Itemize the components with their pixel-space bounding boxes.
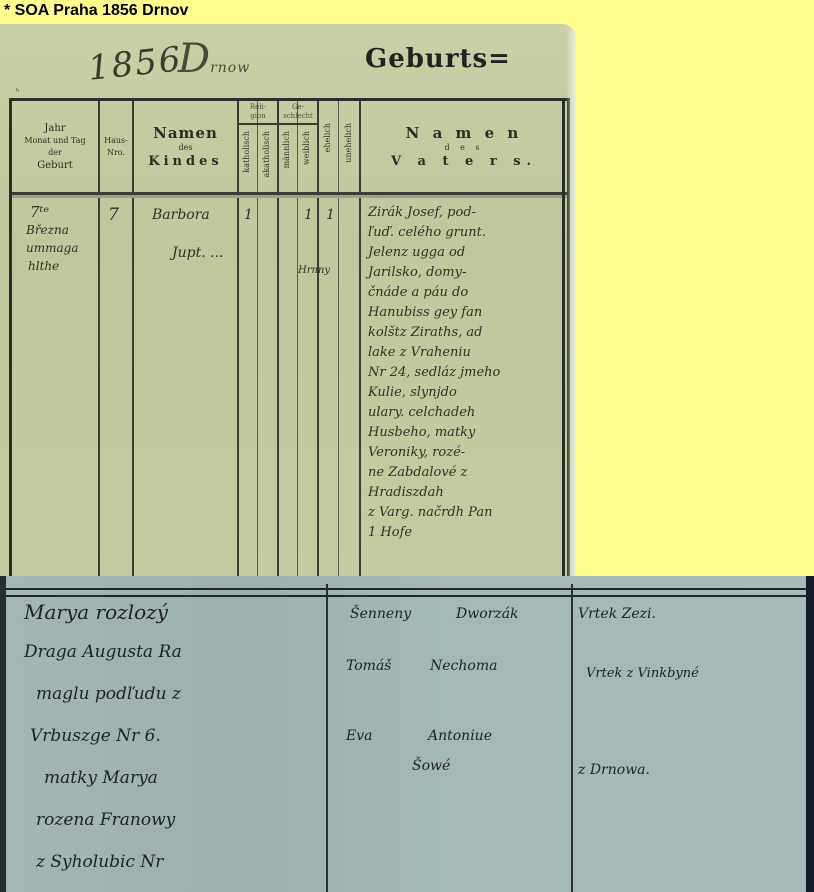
header-legitimate: ehelich bbox=[323, 123, 332, 152]
header-date-l4: Geburt bbox=[37, 159, 73, 172]
father-line: Veroniky, rozé- bbox=[368, 445, 465, 460]
header-acatholic: akatholisch bbox=[262, 131, 271, 177]
register-page-bottom: Marya rozlozý Draga Augusta Ra maglu pod… bbox=[0, 576, 814, 892]
table-right-border bbox=[562, 98, 565, 576]
date-line: ummaga bbox=[26, 241, 78, 255]
father-line: Jarilsko, domy- bbox=[368, 265, 466, 280]
header-illegitimate: unehelich bbox=[344, 123, 353, 163]
header-child-l3: Kindes bbox=[148, 154, 222, 169]
place-initial: D bbox=[178, 36, 210, 82]
father-line: Zirák Josef, pod- bbox=[368, 205, 476, 220]
date-line: Března bbox=[26, 223, 69, 237]
mother-line: matky Marya bbox=[44, 768, 158, 788]
header-catholic: katholisch bbox=[242, 131, 251, 173]
header-date-l3: der bbox=[48, 147, 62, 159]
header-father-l1: N a m e n bbox=[406, 124, 523, 142]
father-line: Husbeho, matky bbox=[368, 425, 475, 440]
godparent-line: Eva bbox=[346, 728, 372, 744]
midwife-line: z Drnowa. bbox=[578, 762, 650, 778]
header-religion-group: Reli- gion bbox=[239, 103, 277, 121]
father-line: Nr 24, sedláz jmeho bbox=[368, 365, 500, 380]
father-line: Jelenz ugga od bbox=[368, 245, 465, 260]
entry-catholic-mark: 1 bbox=[244, 207, 253, 223]
mother-line: rozena Franowy bbox=[36, 810, 175, 830]
godparent-line: Antoniue bbox=[428, 728, 492, 744]
entry-female-mark: 1 bbox=[304, 207, 313, 223]
father-line: ľuď. celého grunt. bbox=[368, 225, 486, 240]
header-date-l1: Jahr bbox=[44, 122, 65, 135]
handwritten-place: Drnow bbox=[178, 36, 250, 82]
date-line: hlthe bbox=[28, 259, 59, 273]
mother-line: Vrbuszge Nr 6. bbox=[30, 726, 161, 746]
table-header-row: Jahr Monat und Tag der Geburt Haus- Nro.… bbox=[12, 101, 567, 195]
header-house-l1: Haus- bbox=[104, 135, 128, 147]
father-line: čnáde a páu do bbox=[368, 285, 468, 300]
sex-l1: Ge- bbox=[279, 103, 317, 112]
father-line: lake z Vraheniu bbox=[368, 345, 471, 360]
godparent-line: Šowé bbox=[412, 758, 450, 774]
column-divider bbox=[571, 584, 573, 892]
register-title: Geburts= bbox=[365, 44, 511, 74]
table-top-border bbox=[6, 588, 806, 597]
father-line: Kulie, slynjdo bbox=[368, 385, 457, 400]
entry-house-number: 7 bbox=[108, 205, 119, 225]
father-line: 1 Hofe bbox=[368, 525, 412, 540]
godparent-line: Šenneny bbox=[350, 606, 411, 622]
godparent-line: Nechoma bbox=[430, 658, 497, 674]
father-line: z Varg. načrdh Pan bbox=[368, 505, 492, 520]
father-line: ne Zabdalové z bbox=[368, 465, 467, 480]
column-divider bbox=[326, 584, 328, 892]
place-rest: rnow bbox=[210, 60, 250, 76]
group-divider bbox=[239, 123, 277, 125]
header-house-l2: Nro. bbox=[107, 147, 125, 159]
header-female: weiblich bbox=[302, 131, 311, 165]
margin-mark: ʰ bbox=[16, 86, 19, 96]
handwritten-year: 1856 bbox=[86, 39, 184, 89]
father-line: Hradiszdah bbox=[368, 485, 444, 500]
entry-child-name: Barbora bbox=[152, 207, 210, 223]
image-caption: * SOA Praha 1856 Drnov bbox=[4, 2, 188, 20]
header-date-l2: Monat und Tag bbox=[24, 135, 85, 147]
mother-line: Draga Augusta Ra bbox=[24, 642, 182, 662]
mother-line: z Syholubic Nr bbox=[36, 852, 163, 872]
father-line: ulary. celchadeh bbox=[368, 405, 475, 420]
header-child: Namen des Kindes bbox=[134, 101, 237, 192]
header-date: Jahr Monat und Tag der Geburt bbox=[12, 101, 98, 192]
group-divider bbox=[279, 123, 317, 125]
midwife-line: Vrtek Zezi. bbox=[578, 606, 656, 622]
mother-line: maglu podľudu z bbox=[36, 684, 181, 704]
entry-child-note: Jupt. ... bbox=[172, 245, 223, 261]
header-father-l3: V a t e r s. bbox=[391, 154, 537, 169]
religion-l2: gion bbox=[239, 112, 277, 121]
entry-legitimate-mark: 1 bbox=[326, 207, 335, 223]
page-edge-left bbox=[0, 576, 6, 892]
godparent-line: Dworzák bbox=[456, 606, 519, 622]
header-sex-group: Ge- schlecht bbox=[279, 103, 317, 121]
header-father-l2: d e s bbox=[444, 142, 483, 154]
header-father: N a m e n d e s V a t e r s. bbox=[361, 101, 567, 192]
mother-line: Marya rozlozý bbox=[24, 600, 168, 624]
header-male: männlich bbox=[282, 131, 291, 168]
register-page-top: 1856 Drnow Geburts= ʰ Jahr Monat und Tag… bbox=[0, 24, 576, 576]
page-edge-right bbox=[806, 576, 814, 892]
entry-baptism-note: Hrnny bbox=[298, 265, 330, 276]
date-line: 7ᵗᵉ bbox=[30, 203, 49, 221]
midwife-line: Vrtek z Vinkbyné bbox=[586, 666, 699, 681]
father-line: kolštz Ziraths, ad bbox=[368, 325, 483, 340]
sex-l2: schlecht bbox=[279, 112, 317, 121]
header-house: Haus- Nro. bbox=[100, 101, 132, 192]
birth-register-table: Jahr Monat und Tag der Geburt Haus- Nro.… bbox=[9, 98, 570, 576]
header-child-l1: Namen bbox=[153, 124, 218, 142]
religion-l1: Reli- bbox=[239, 103, 277, 112]
godparent-line: Tomáš bbox=[346, 658, 392, 674]
father-line: Hanubiss gey fan bbox=[368, 305, 482, 320]
header-child-l2: des bbox=[179, 142, 193, 154]
